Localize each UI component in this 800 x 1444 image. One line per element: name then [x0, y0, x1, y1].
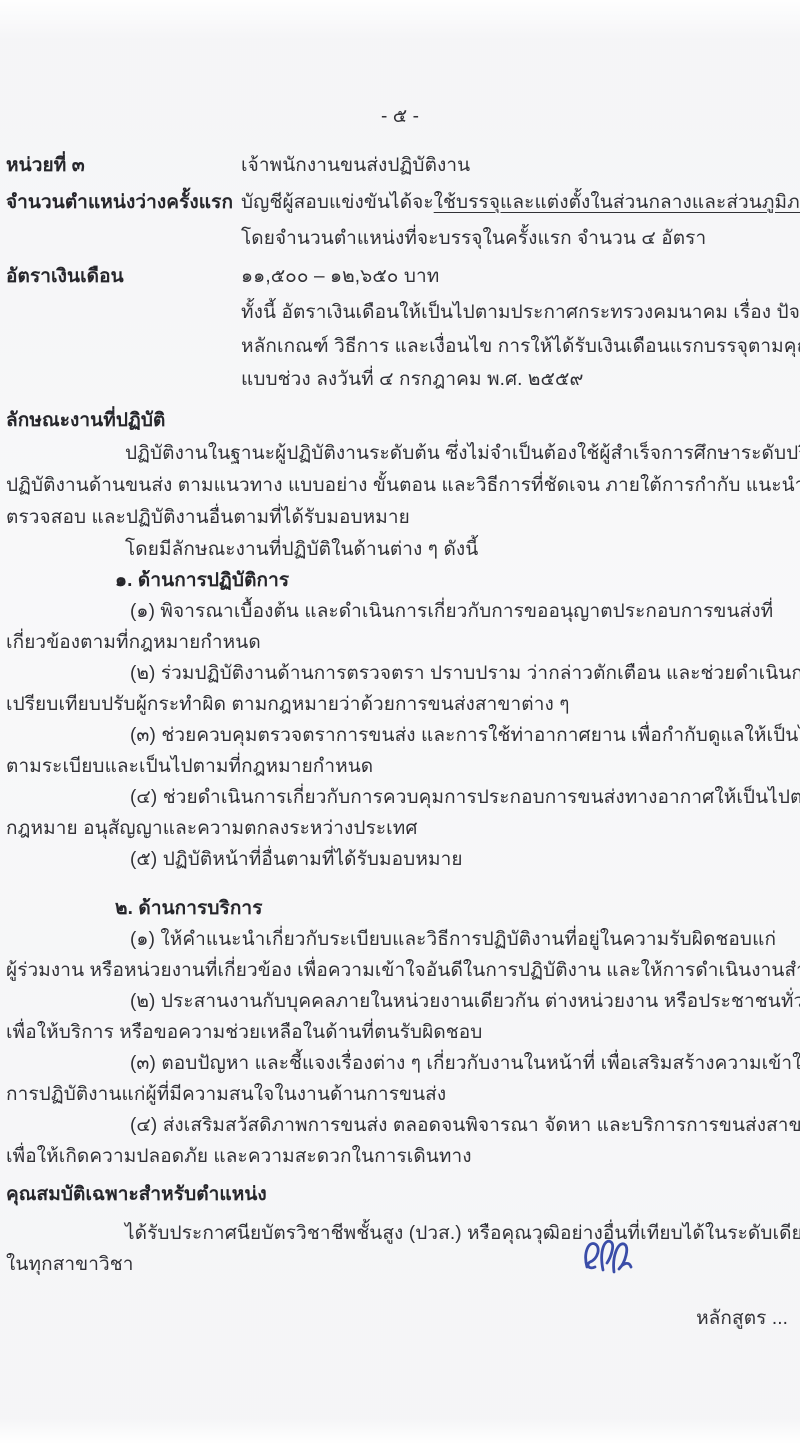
page-continuation-note: หลักสูตร ... — [696, 1306, 788, 1332]
subsection-heading-service: ๒. ด้านการบริการ — [115, 896, 263, 922]
salary-note-line-2: หลักเกณฑ์ วิธีการ และเงื่อนไข การให้ได้ร… — [241, 334, 800, 360]
qualification-line-2: ในทุกสาขาวิชา — [6, 1252, 134, 1278]
job-intro-line-1: ปฏิบัติงานในฐานะผู้ปฏิบัติงานระดับต้น ซึ… — [125, 441, 800, 467]
subsection-heading-operations: ๑. ด้านการปฏิบัติการ — [115, 568, 289, 594]
service-item-1-line-2: ผู้ร่วมงาน หรือหน่วยงานที่เกี่ยวข้อง เพื… — [6, 958, 800, 984]
service-item-3-line-1: (๓) ตอบปัญหา และชี้แจงเรื่องต่าง ๆ เกี่ย… — [130, 1051, 800, 1077]
job-intro-line-4: โดยมีลักษณะงานที่ปฏิบัติในด้านต่าง ๆ ดัง… — [125, 537, 478, 563]
service-item-4-line-1: (๔) ส่งเสริมสวัสดิภาพการขนส่ง ตลอดจนพิจา… — [130, 1113, 800, 1139]
operations-item-5-line-1: (๕) ปฏิบัติหน้าที่อื่นตามที่ได้รับมอบหมา… — [130, 847, 463, 873]
vacancy-line-2: โดยจำนวนตำแหน่งที่จะบรรจุในครั้งแรก จำนว… — [241, 226, 706, 252]
service-item-4-line-2: เพื่อให้เกิดความปลอดภัย และความสะดวกในกา… — [6, 1144, 472, 1170]
service-item-2-line-2: เพื่อให้บริการ หรือขอความช่วยเหลือในด้าน… — [6, 1020, 482, 1046]
section-heading-qualifications: คุณสมบัติเฉพาะสำหรับตำแหน่ง — [6, 1182, 267, 1208]
qualification-line-1: ได้รับประกาศนียบัตรวิชาชีพชั้นสูง (ปวส.)… — [125, 1221, 800, 1247]
salary-note-line-3: แบบช่วง ลงวันที่ ๔ กรกฎาคม พ.ศ. ๒๕๕๙ — [241, 367, 584, 393]
operations-item-4-line-2: กฎหมาย อนุสัญญาและความตกลงระหว่างประเทศ — [6, 816, 418, 842]
salary-value: ๑๑,๕๐๐ – ๑๒,๖๕๐ บาท — [241, 264, 439, 290]
operations-item-3-line-1: (๓) ช่วยควบคุมตรวจตราการขนส่ง และการใช้ท… — [130, 723, 800, 749]
service-item-1-line-1: (๑) ให้คำแนะนำเกี่ยวกับระเบียบและวิธีการ… — [130, 927, 776, 953]
job-intro-line-3: ตรวจสอบ และปฏิบัติงานอื่นตามที่ได้รับมอบ… — [6, 505, 410, 531]
vacancy-label: จำนวนตำแหน่งว่างครั้งแรก — [6, 190, 233, 216]
operations-item-2-line-1: (๒) ร่วมปฏิบัติงานด้านการตรวจตรา ปราบปรา… — [130, 661, 800, 687]
job-intro-line-2: ปฏิบัติงานด้านขนส่ง ตามแนวทาง แบบอย่าง ข… — [6, 473, 800, 499]
operations-item-1-line-2: เกี่ยวข้องตามที่กฎหมายกำหนด — [6, 630, 261, 656]
scanned-document-page: - ๕ - หน่วยที่ ๓ เจ้าพนักงานขนส่งปฏิบัติ… — [0, 0, 800, 1444]
unit-label: หน่วยที่ ๓ — [6, 153, 85, 179]
vacancy-text-underlined: ใช้บรรจุและแต่งตั้งในส่วนกลางและส่วนภูมิ… — [434, 192, 800, 213]
operations-item-4-line-1: (๔) ช่วยดำเนินการเกี่ยวกับการควบคุมการปร… — [130, 785, 800, 811]
salary-label: อัตราเงินเดือน — [6, 264, 124, 290]
page-number: - ๕ - — [0, 104, 800, 130]
vacancy-text-plain: บัญชีผู้สอบแข่งขันได้จะ — [241, 192, 434, 213]
service-item-2-line-1: (๒) ประสานงานกับบุคคลภายในหน่วยงานเดียวก… — [130, 989, 800, 1015]
vacancy-line-1: บัญชีผู้สอบแข่งขันได้จะใช้บรรจุและแต่งตั… — [241, 190, 800, 216]
operations-item-1-line-1: (๑) พิจารณาเบื้องต้น และดำเนินการเกี่ยวก… — [130, 599, 773, 625]
salary-note-line-1: ทั้งนี้ อัตราเงินเดือนให้เป็นไปตามประกาศ… — [241, 300, 800, 326]
handwritten-initials-stroke — [586, 1241, 631, 1272]
service-item-3-line-2: การปฏิบัติงานแก่ผู้ที่มีความสนใจในงานด้า… — [6, 1082, 446, 1108]
operations-item-3-line-2: ตามระเบียบและเป็นไปตามที่กฎหมายกำหนด — [6, 754, 373, 780]
position-title: เจ้าพนักงานขนส่งปฏิบัติงาน — [241, 153, 470, 179]
section-heading-job-description: ลักษณะงานที่ปฏิบัติ — [6, 408, 165, 434]
handwritten-initials — [578, 1232, 636, 1282]
operations-item-2-line-2: เปรียบเทียบปรับผู้กระทำผิด ตามกฎหมายว่าด… — [6, 692, 570, 718]
